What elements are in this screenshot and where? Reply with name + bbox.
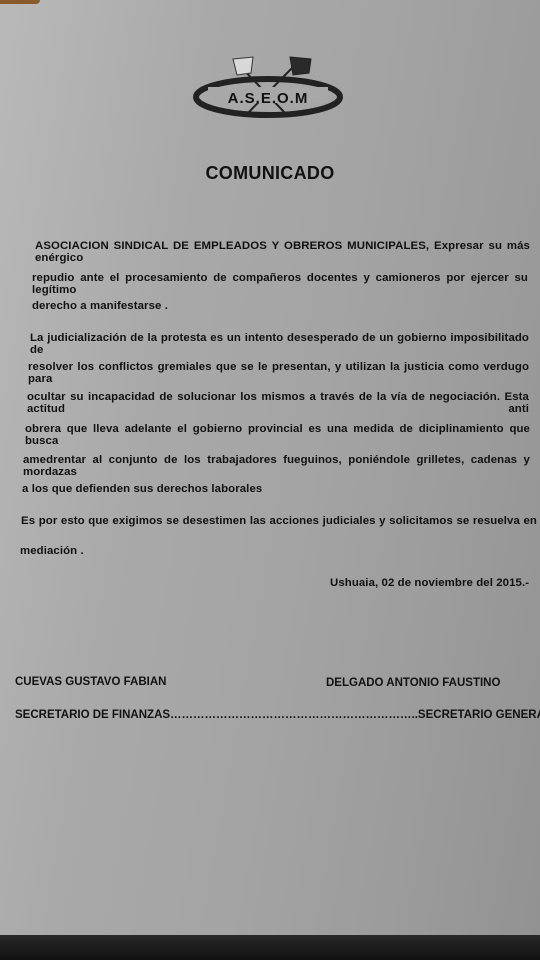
logo-text: A.S.E.O.M [193, 90, 343, 107]
signatory-titles: SECRETARIO DE FINANZAS………………………………………………… [15, 709, 540, 721]
document-title: COMUNICADO [0, 163, 540, 184]
body-line: repudio ante el procesamiento de compañe… [32, 272, 528, 296]
body-line: obrera que lleva adelante el gobierno pr… [25, 423, 530, 447]
body-line: derecho a manifestarse . [32, 300, 168, 312]
signatory-right-name: DELGADO ANTONIO FAUSTINO [326, 677, 500, 689]
body-line: mediación . [20, 545, 84, 557]
crossed-flags-emblem-icon [193, 55, 343, 120]
document-page: A.S.E.O.M COMUNICADO ASOCIACION SINDICAL… [0, 0, 540, 945]
signatory-left-name: CUEVAS GUSTAVO FABIAN [15, 676, 166, 688]
body-line: amedrentar al conjunto de los trabajador… [23, 454, 530, 478]
body-line: Es por esto que exigimos se desestimen l… [21, 515, 537, 527]
body-line: ASOCIACION SINDICAL DE EMPLEADOS Y OBRER… [35, 240, 530, 264]
body-line: a los que defienden sus derechos laboral… [22, 483, 262, 495]
body-line: resolver los conflictos gremiales que se… [28, 361, 529, 385]
body-line: La judicialización de la protesta es un … [30, 332, 529, 356]
background-surface [0, 935, 540, 960]
date-line: Ushuaia, 02 de noviembre del 2015.- [330, 577, 529, 589]
body-line: ocultar su incapacidad de solucionar los… [27, 391, 529, 415]
aseom-logo: A.S.E.O.M [193, 55, 343, 120]
table-corner [0, 0, 40, 4]
